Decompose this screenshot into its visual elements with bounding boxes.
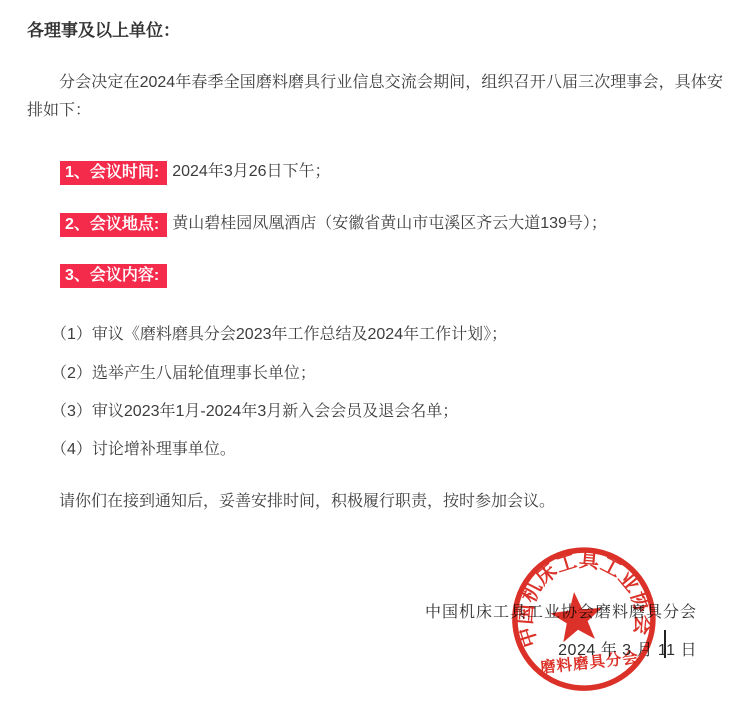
agenda-item-4: （4）讨论增补理事单位。 [51,436,236,459]
meeting-time-label: 1、会议时间: [60,161,167,185]
meeting-place-value: 黄山碧桂园凤凰酒店（安徽省黄山市屯溪区齐云大道139号）； [172,215,607,232]
meeting-content-label: 3、会议内容: [60,264,167,288]
section-meeting-time: 1、会议时间:2024年3月26日下午； [60,158,331,185]
agenda-item-3: （3）审议2023年1月-2024年3月新入会会员及退会名单； [51,398,458,421]
section-meeting-content: 3、会议内容: [60,264,172,288]
closing-paragraph: 请你们在接到通知后，妥善安排时间，积极履行职责，按时参加会议。 [27,488,723,516]
meeting-time-value: 2024年3月26日下午； [172,163,330,180]
meeting-place-label: 2、会议地点: [60,213,167,237]
agenda-item-2: （2）选举产生八届轮值理事长单位； [51,360,316,383]
signature-org-name: 中国机床工具工业协会磨料磨具分会 [425,599,697,622]
agenda-item-1: （1）审议《磨料磨具分会2023年工作总结及2024年工作计划》； [51,321,507,344]
signature-date: 2024 年 3 月 11 日 [558,637,697,660]
notice-document: 各理事及以上单位： 分会决定在2024年春季全国磨料磨具行业信息交流会期间，组织… [0,0,748,706]
stamp-ring-text: 中国机床工具工业协会 [505,541,657,650]
intro-paragraph: 分会决定在2024年春季全国磨料磨具行业信息交流会期间，组织召开八届三次理事会，… [27,69,723,125]
section-meeting-place: 2、会议地点:黄山碧桂园凤凰酒店（安徽省黄山市屯溪区齐云大道139号）； [60,210,607,237]
text-cursor [664,630,666,658]
salutation-heading: 各理事及以上单位： [27,16,180,41]
